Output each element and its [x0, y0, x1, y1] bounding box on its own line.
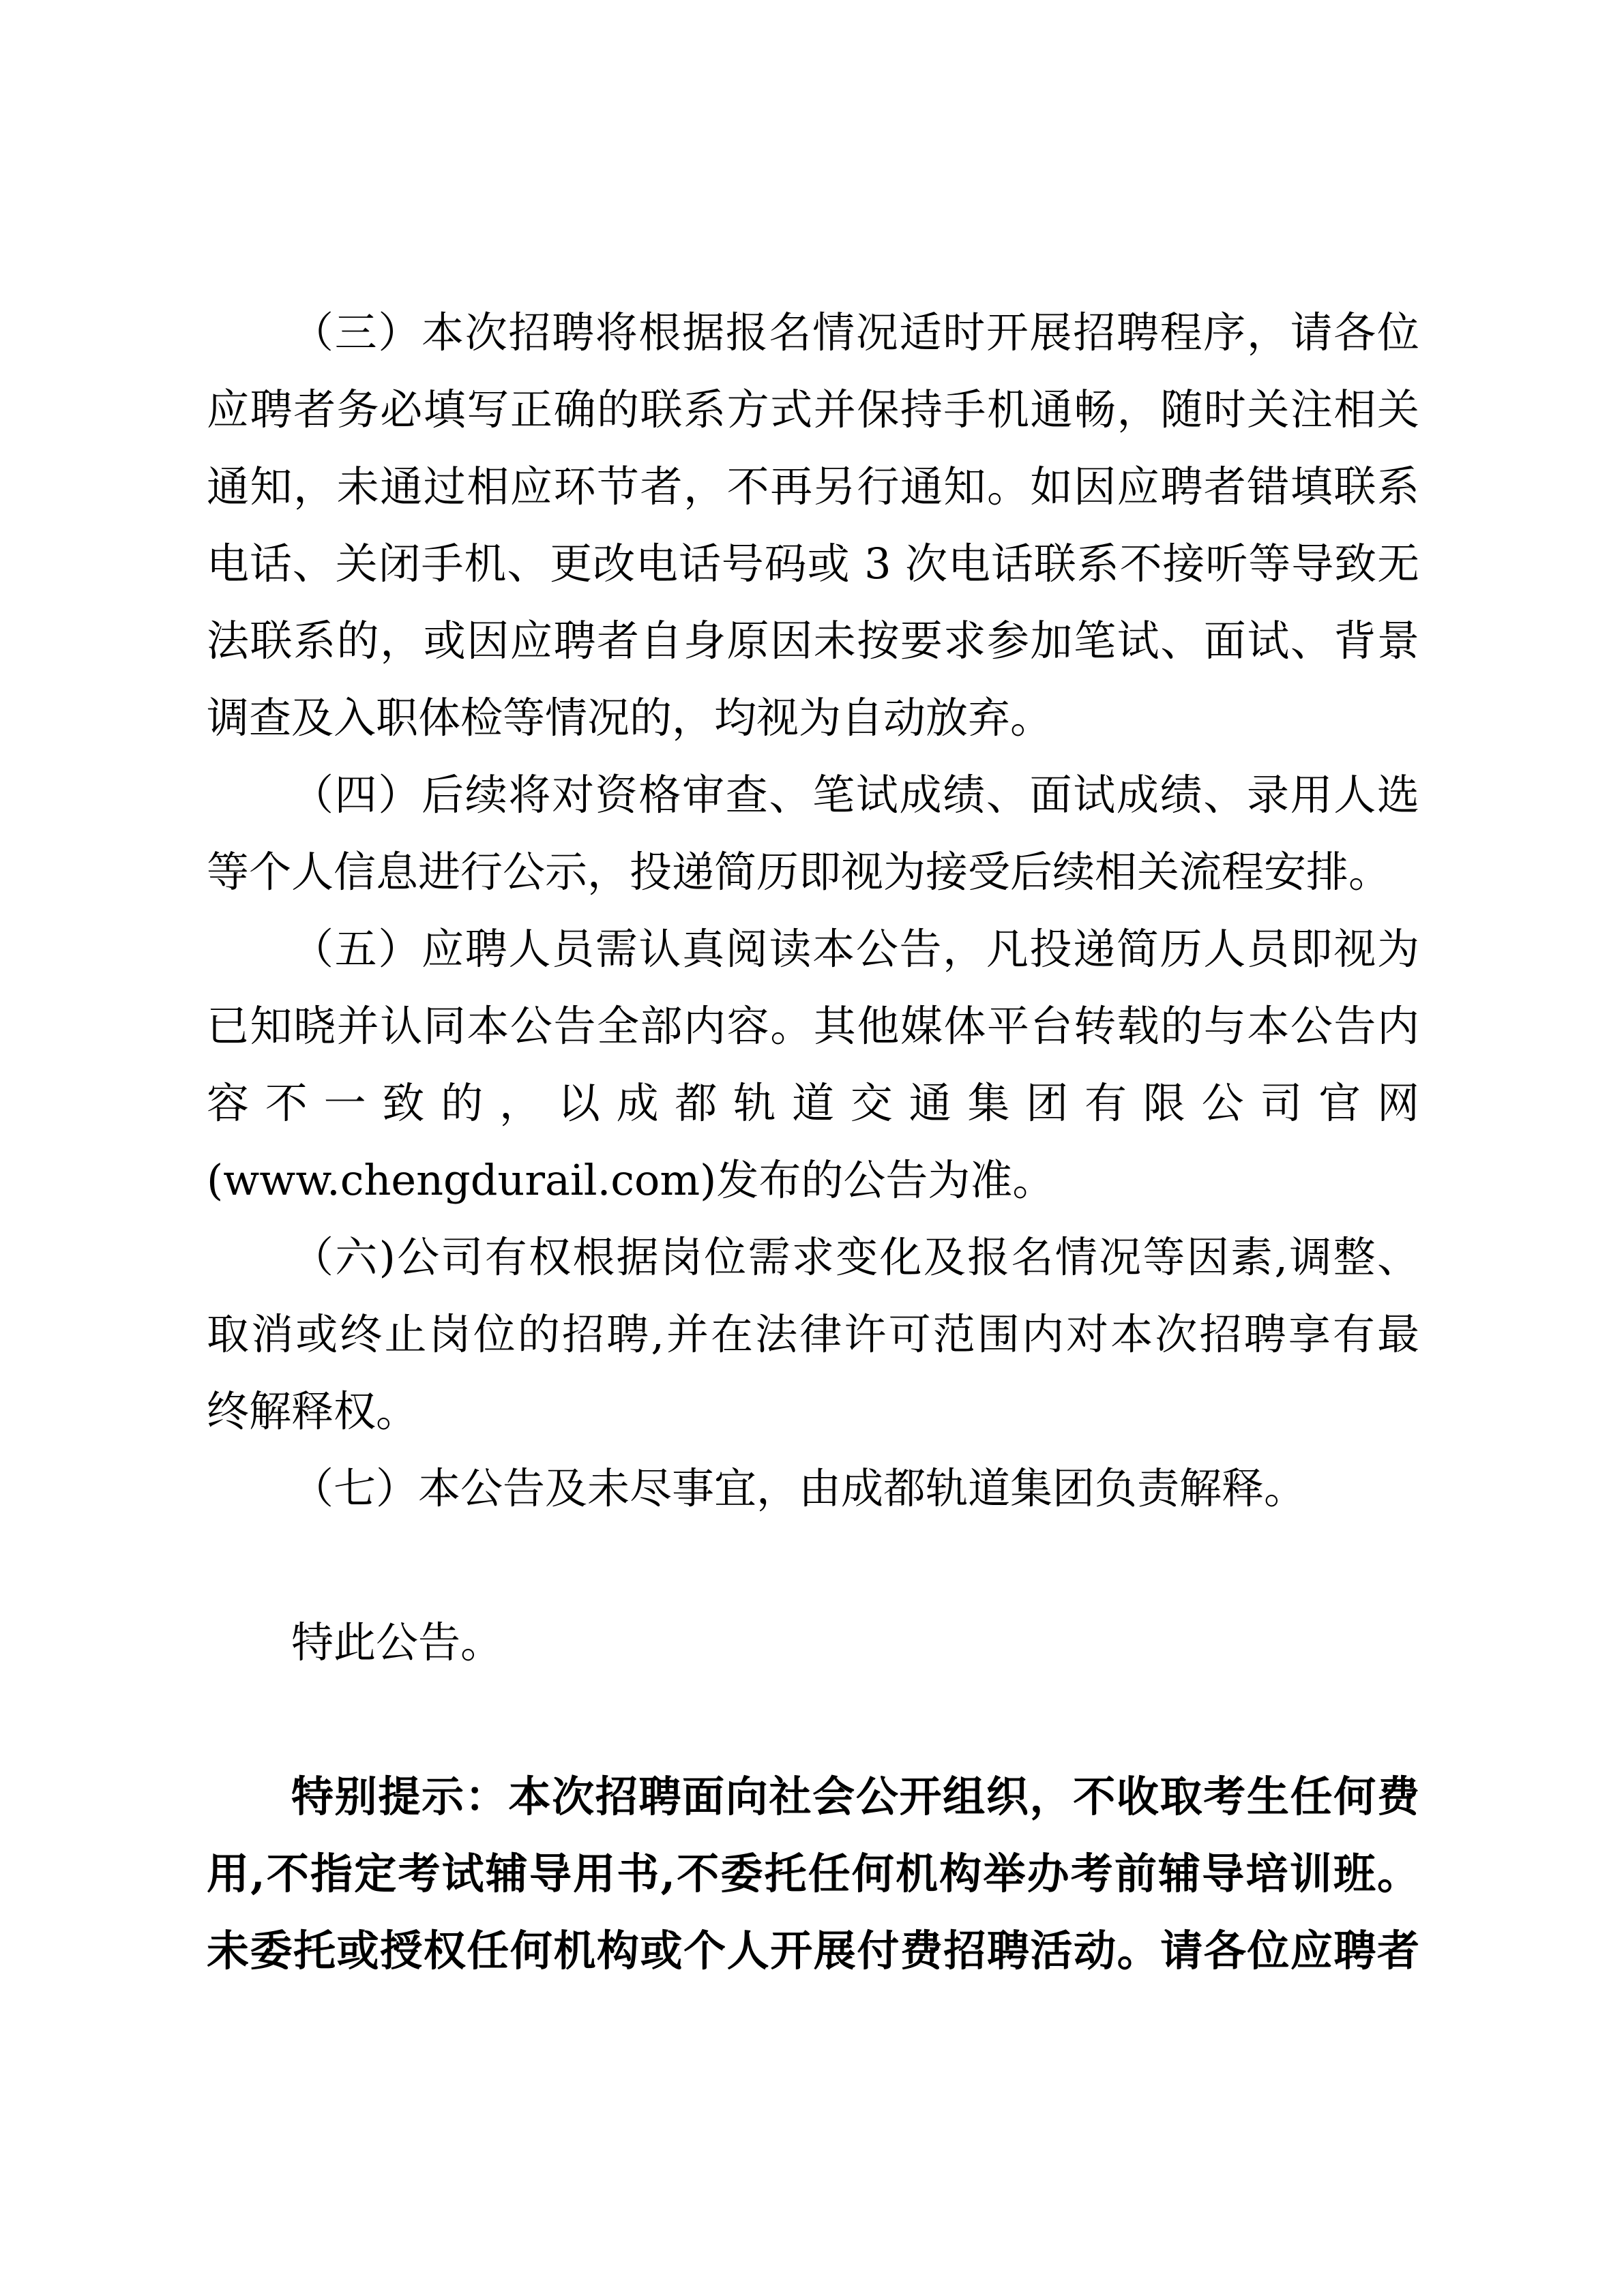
blank-line-2	[207, 1681, 1419, 1758]
text-line-2: 应聘者务必填写正确的联系方式并保持手机通畅，随时关注相关	[207, 371, 1419, 448]
text-line-17: 特此公告。	[207, 1604, 1419, 1681]
text-line-4: 电话、关闭手机、更改电话号码或 3 次电话联系不接听等导致无	[207, 525, 1419, 602]
text-line-11: 容不一致的，以成都轨道交通集团有限公司官网	[207, 1064, 1419, 1142]
document-body: （三）本次招聘将根据报名情况适时开展招聘程序，请各位 应聘者务必填写正确的联系方…	[207, 294, 1419, 1989]
blank-line-1	[207, 1527, 1419, 1604]
text-line-14: 取消或终止岗位的招聘,并在法律许可范围内对本次招聘享有最	[207, 1296, 1419, 1373]
text-line-9: （五）应聘人员需认真阅读本公告，凡投递简历人员即视为	[207, 910, 1419, 987]
text-line-7: （四）后续将对资格审查、笔试成绩、面试成绩、录用人选	[207, 756, 1419, 833]
text-line-8: 等个人信息进行公示，投递简历即视为接受后续相关流程安排。	[207, 833, 1419, 910]
text-line-12: (www.chengdurail.com)发布的公告为准。	[207, 1142, 1419, 1219]
text-line-10: 已知晓并认同本公告全部内容。其他媒体平台转载的与本公告内	[207, 987, 1419, 1064]
document-page: （三）本次招聘将根据报名情况适时开展招聘程序，请各位 应聘者务必填写正确的联系方…	[0, 0, 1624, 2296]
text-line-18: 特别提示：本次招聘面向社会公开组织，不收取考生任何费	[207, 1758, 1419, 1835]
text-line-5: 法联系的，或因应聘者自身原因未按要求参加笔试、面试、背景	[207, 602, 1419, 679]
text-line-20: 未委托或授权任何机构或个人开展付费招聘活动。请各位应聘者	[207, 1912, 1419, 1989]
text-line-3: 通知，未通过相应环节者，不再另行通知。如因应聘者错填联系	[207, 448, 1419, 525]
text-line-1: （三）本次招聘将根据报名情况适时开展招聘程序，请各位	[207, 294, 1419, 371]
text-line-6: 调查及入职体检等情况的，均视为自动放弃。	[207, 679, 1419, 756]
text-line-15: 终解释权。	[207, 1373, 1419, 1450]
text-line-19: 用,不指定考试辅导用书,不委托任何机构举办考前辅导培训班。	[207, 1835, 1419, 1912]
text-line-13: （六)公司有权根据岗位需求变化及报名情况等因素,调整、	[207, 1219, 1419, 1296]
text-line-16: （七）本公告及未尽事宜，由成都轨道集团负责解释。	[207, 1450, 1419, 1527]
